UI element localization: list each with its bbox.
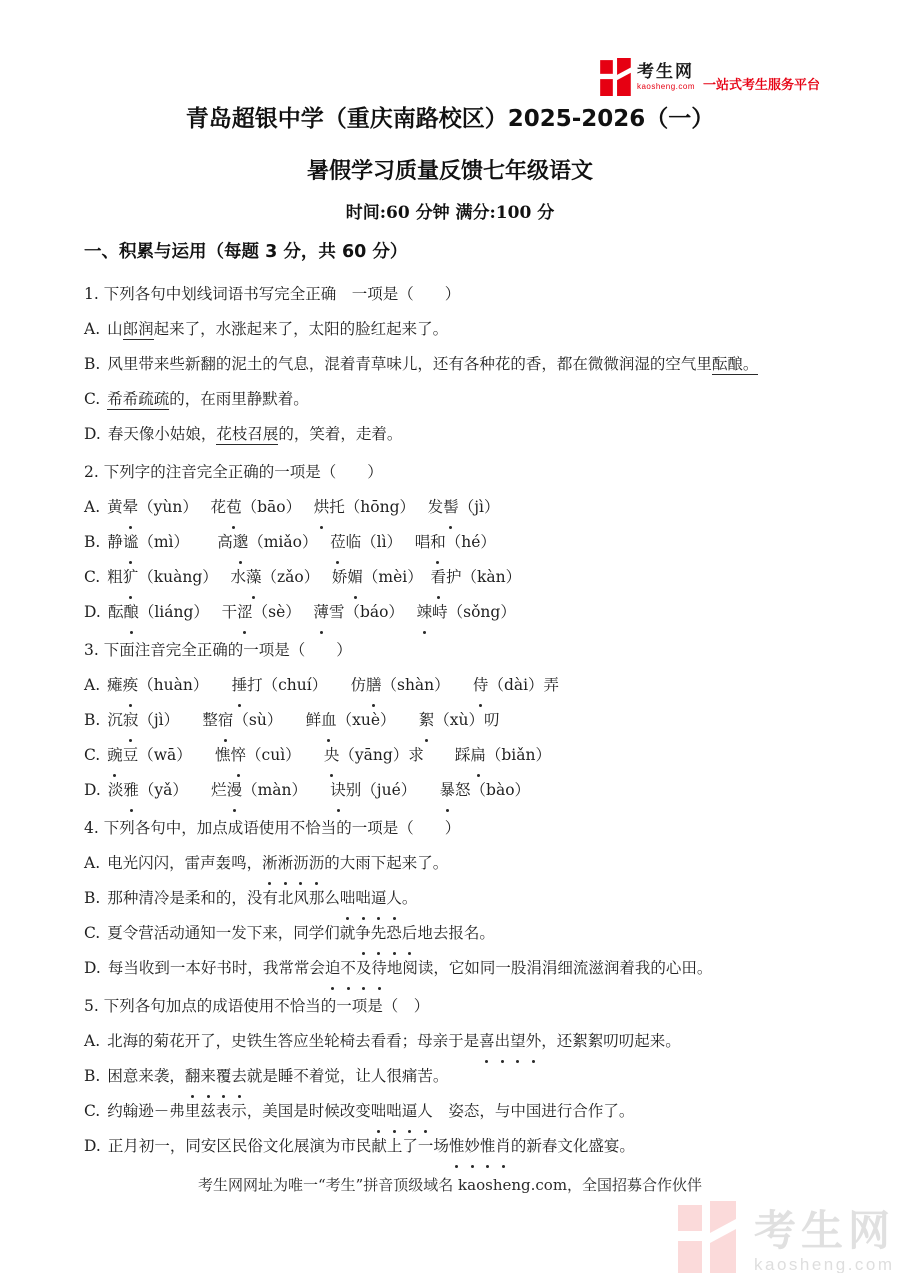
question: 1. 下列各句中划线词语书写完全正确 一项是（ ）A.山郎润起来了，水涨起来了，…	[84, 277, 840, 452]
emphasized-phrase: 雅	[123, 781, 139, 799]
option-label: C.	[84, 568, 100, 586]
questions: 1. 下列各句中划线词语书写完全正确 一项是（ ）A.山郎润起来了，水涨起来了，…	[84, 277, 840, 1164]
emphasized-phrase: 和	[430, 533, 446, 551]
exam-document-page: 考生网 kaosheng.com 一站式考生服务平台 青岛超银中学（重庆南路校区…	[0, 0, 900, 1273]
brand-tagline: 一站式考生服务平台	[703, 74, 820, 96]
watermark-domain: kaosheng.com	[754, 1256, 895, 1273]
option-label: B.	[84, 355, 100, 373]
kaosheng-logo-icon	[600, 58, 632, 96]
emphasized-phrase: 莅	[330, 533, 346, 551]
answer-option: B.沉寂（jì） 整宿（sù） 鲜血（xuè） 絮（xù）叨	[84, 703, 840, 738]
watermark-name: 考生网	[754, 1210, 895, 1252]
answer-option: D.每当收到一本好书时，我常常会迫不及待地阅读，它如同一股涓涓细流滋润着我的心田…	[84, 951, 840, 986]
question-stem: 1. 下列各句中划线词语书写完全正确 一项是（ ）	[84, 277, 840, 312]
emphasized-phrase: 惟妙惟肖	[449, 1137, 511, 1155]
emphasized-phrase: 争先恐后	[355, 924, 417, 942]
question: 3. 下面注音完全正确的一项是（ ）A.瘫痪（huàn） 捶打（chuí） 仿膳…	[84, 633, 840, 808]
answer-option: D.春天像小姑娘，花枝召展的，笑着，走着。	[84, 417, 840, 452]
underlined-phrase: 郎润	[123, 320, 154, 340]
question-stem: 5. 下列各句加点的成语使用不恰当的一项是（ ）	[84, 989, 840, 1024]
emphasized-phrase: 喜出望外	[479, 1032, 541, 1050]
option-label: D.	[84, 959, 101, 977]
emphasized-phrase: 絮	[419, 711, 435, 729]
option-label: A.	[84, 676, 100, 694]
emphasized-phrase: 谧	[123, 533, 139, 551]
emphasized-phrase: 邈	[233, 533, 249, 551]
answer-option: D.酝酿（liáng） 干涩（sè） 薄雪（báo） 竦峙（sǒng）	[84, 595, 840, 630]
emphasized-phrase: 苞	[226, 498, 242, 516]
option-label: C.	[84, 390, 100, 408]
emphasized-phrase: 寂	[123, 711, 139, 729]
answer-option: B.困意来袭，翻来覆去就是睡不着觉，让人很痛苦。	[84, 1059, 840, 1094]
emphasized-phrase: 酿	[123, 603, 139, 621]
answer-option: A.山郎润起来了，水涨起来了，太阳的脸红起来了。	[84, 312, 840, 347]
emphasized-phrase: 豌	[107, 746, 123, 764]
answer-option: A.电光闪闪，雷声轰鸣，淅淅沥沥的大雨下起来了。	[84, 846, 840, 881]
emphasized-phrase: 捶	[232, 676, 248, 694]
option-label: D.	[84, 603, 101, 621]
footer-note: 考生网网址为唯一“考生”拼音顶级域名 kaosheng.com，全国招募合作伙伴	[0, 1174, 900, 1195]
answer-option: C.希希疏疏的，在雨里静默着。	[84, 382, 840, 417]
option-label: A.	[84, 498, 100, 516]
answer-option: B.静谧（mì） 高邈（miǎo） 莅临（lì） 唱和（hé）	[84, 525, 840, 560]
option-label: C.	[84, 924, 100, 942]
kaosheng-watermark-icon	[672, 1201, 744, 1273]
option-label: C.	[84, 746, 100, 764]
emphasized-phrase: 咄咄逼人	[371, 1102, 433, 1120]
kaosheng-logo: 考生网 kaosheng.com	[600, 58, 695, 96]
emphasized-phrase: 晕	[123, 498, 139, 516]
option-label: D.	[84, 425, 101, 443]
emphasized-phrase: 膳	[366, 676, 382, 694]
underlined-phrase: 酝酿。	[712, 355, 759, 375]
emphasized-phrase: 悴	[231, 746, 247, 764]
emphasized-phrase: 痪	[123, 676, 139, 694]
page-subtitle: 暑假学习质量反馈七年级语文	[0, 158, 900, 186]
kaosheng-watermark: 考生网 kaosheng.com	[672, 1201, 895, 1273]
emphasized-phrase: 涩	[237, 603, 253, 621]
answer-option: A.北海的菊花开了，史铁生答应坐轮椅去看看；母亲于是喜出望外，还絮絮叨叨起来。	[84, 1024, 840, 1059]
emphasized-phrase: 犷	[123, 568, 139, 586]
emphasized-phrase: 薄	[313, 603, 329, 621]
emphasized-phrase: 诀	[330, 781, 346, 799]
brand-name: 考生网	[637, 64, 695, 81]
emphasized-phrase: 咄咄逼人	[340, 889, 402, 907]
emphasized-phrase: 宿	[218, 711, 234, 729]
answer-option: A.瘫痪（huàn） 捶打（chuí） 仿膳（shàn） 侍（dài）弄	[84, 668, 840, 703]
option-label: A.	[84, 854, 100, 872]
emphasized-phrase: 翻来覆去	[185, 1067, 247, 1085]
option-label: B.	[84, 1067, 100, 1085]
emphasized-phrase: 髻	[443, 498, 459, 516]
answer-option: C.夏令营活动通知一发下来，同学们就争先恐后地去报名。	[84, 916, 840, 951]
option-label: C.	[84, 1102, 100, 1120]
question: 4. 下列各句中，加点成语使用不恰当的一项是（ ）A.电光闪闪，雷声轰鸣，淅淅沥…	[84, 811, 840, 986]
underlined-phrase: 希希疏疏	[107, 390, 169, 410]
kaosheng-brand: 考生网 kaosheng.com 一站式考生服务平台	[600, 58, 820, 96]
emphasized-phrase: 扁	[470, 746, 486, 764]
option-label: A.	[84, 320, 100, 338]
option-label: B.	[84, 711, 100, 729]
underlined-phrase: 花枝召展	[216, 425, 278, 445]
answer-option: B.风里带来些新翻的泥土的气息，混着青草味儿，还有各种花的香，都在微微润湿的空气…	[84, 347, 840, 382]
option-label: D.	[84, 1137, 101, 1155]
answer-option: A.黄晕（yùn） 花苞（bāo） 烘托（hōng） 发髻（jì）	[84, 490, 840, 525]
emphasized-phrase: 烘	[314, 498, 330, 516]
option-label: B.	[84, 533, 100, 551]
option-label: B.	[84, 889, 100, 907]
emphasized-phrase: 漫	[227, 781, 243, 799]
question-stem: 4. 下列各句中，加点成语使用不恰当的一项是（ ）	[84, 811, 840, 846]
answer-option: C.豌豆（wā） 憔悴（cuì） 央（yāng）求 踩扁（biǎn）	[84, 738, 840, 773]
option-label: D.	[84, 781, 101, 799]
question-stem: 3. 下面注音完全正确的一项是（ ）	[84, 633, 840, 668]
question-stem: 2. 下列字的注音完全正确的一项是（ ）	[84, 455, 840, 490]
emphasized-phrase: 藻	[246, 568, 262, 586]
brand-domain: kaosheng.com	[637, 83, 695, 91]
emphasized-phrase: 暴	[440, 781, 456, 799]
answer-option: C.粗犷（kuàng） 水藻（zǎo） 娇媚（mèi） 看护（kàn）	[84, 560, 840, 595]
emphasized-phrase: 血	[321, 711, 337, 729]
question: 2. 下列字的注音完全正确的一项是（ ）A.黄晕（yùn） 花苞（bāo） 烘托…	[84, 455, 840, 630]
exam-meta: 时间:60 分钟 满分:100 分	[0, 202, 900, 224]
emphasized-phrase: 侍	[473, 676, 489, 694]
answer-option: D.正月初一，同安区民俗文化展演为市民献上了一场惟妙惟肖的新春文化盛宴。	[84, 1129, 840, 1164]
emphasized-phrase: 竦	[417, 603, 433, 621]
emphasized-phrase: 媚	[347, 568, 363, 586]
section-heading: 一、积累与运用（每题 3 分，共 60 分）	[84, 240, 900, 264]
question: 5. 下列各句加点的成语使用不恰当的一项是（ ）A.北海的菊花开了，史铁生答应坐…	[84, 989, 840, 1164]
answer-option: D.淡雅（yǎ） 烂漫（màn） 诀别（jué） 暴怒（bào）	[84, 773, 840, 808]
option-label: A.	[84, 1032, 100, 1050]
answer-option: C.约翰逊－弗里兹表示，美国是时候改变咄咄逼人 姿态，与中国进行合作了。	[84, 1094, 840, 1129]
answer-option: B.那种清冷是柔和的，没有北风那么咄咄逼人。	[84, 881, 840, 916]
emphasized-phrase: 看	[431, 568, 447, 586]
emphasized-phrase: 淅淅沥沥	[262, 854, 324, 872]
emphasized-phrase: 央	[324, 746, 340, 764]
emphasized-phrase: 迫不及待	[325, 959, 387, 977]
